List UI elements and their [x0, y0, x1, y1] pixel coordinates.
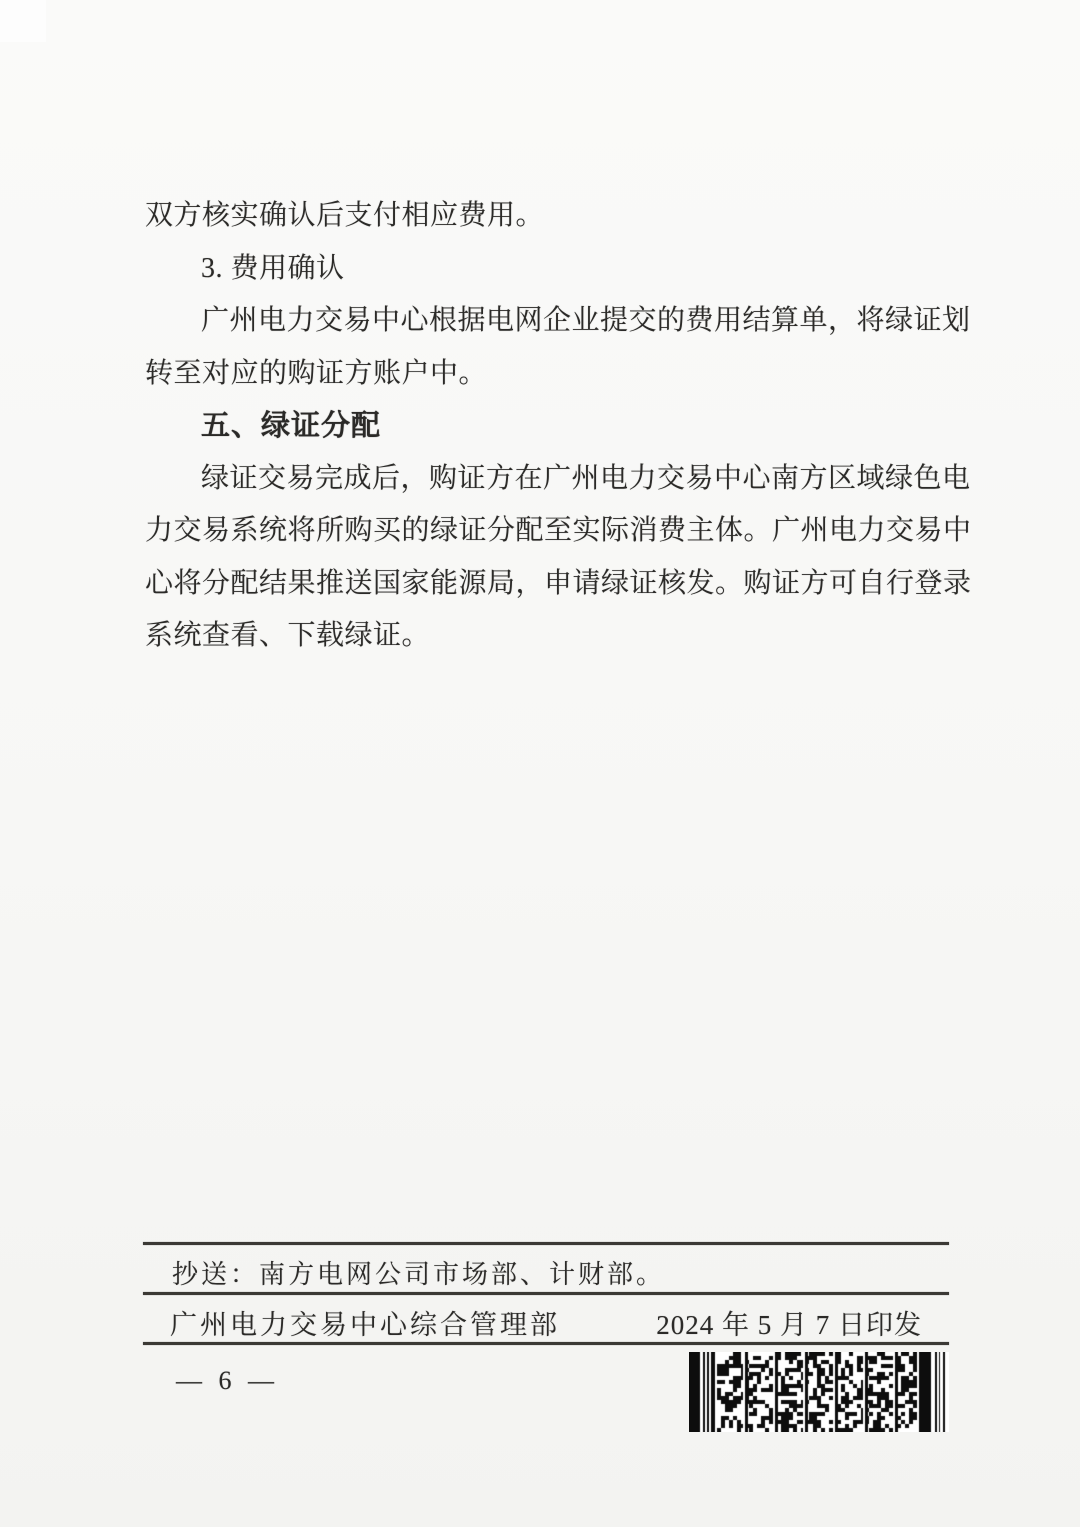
body-line: 力交易系统将所购买的绿证分配至实际消费主体。广州电力交易中 — [145, 505, 953, 558]
issuing-department: 广州电力交易中心综合管理部 — [170, 1303, 560, 1342]
footer-rule-top — [143, 1242, 949, 1245]
body-line: 绿证交易完成后，购证方在广州电力交易中心南方区域绿色电 — [145, 453, 953, 506]
footer-rule-middle — [143, 1292, 949, 1295]
page-number: — 6 — — [176, 1366, 279, 1396]
body-line: 广州电力交易中心根据电网企业提交的费用结算单，将绿证划 — [145, 295, 953, 348]
document-body: 双方核实确认后支付相应费用。 3. 费用确认 广州电力交易中心根据电网企业提交的… — [145, 190, 953, 663]
body-line: 双方核实确认后支付相应费用。 — [145, 190, 953, 243]
print-date: 2024 年 5 月 7 日印发 — [656, 1303, 922, 1342]
cc-line: 抄送：南方电网公司市场部、计财部。 — [172, 1254, 665, 1291]
issue-row: 广州电力交易中心综合管理部 2024 年 5 月 7 日印发 — [170, 1303, 922, 1342]
section-heading: 五、绿证分配 — [145, 400, 953, 453]
body-line: 3. 费用确认 — [145, 243, 953, 296]
body-line: 系统查看、下载绿证。 — [145, 610, 953, 663]
scan-corner-artifact — [0, 0, 46, 42]
footer-rule-bottom — [143, 1342, 949, 1345]
pdf417-barcode-image — [689, 1352, 949, 1432]
body-line: 心将分配结果推送国家能源局，申请绿证核发。购证方可自行登录 — [145, 558, 953, 611]
document-page: 双方核实确认后支付相应费用。 3. 费用确认 广州电力交易中心根据电网企业提交的… — [0, 0, 1080, 1527]
body-line: 转至对应的购证方账户中。 — [145, 348, 953, 401]
